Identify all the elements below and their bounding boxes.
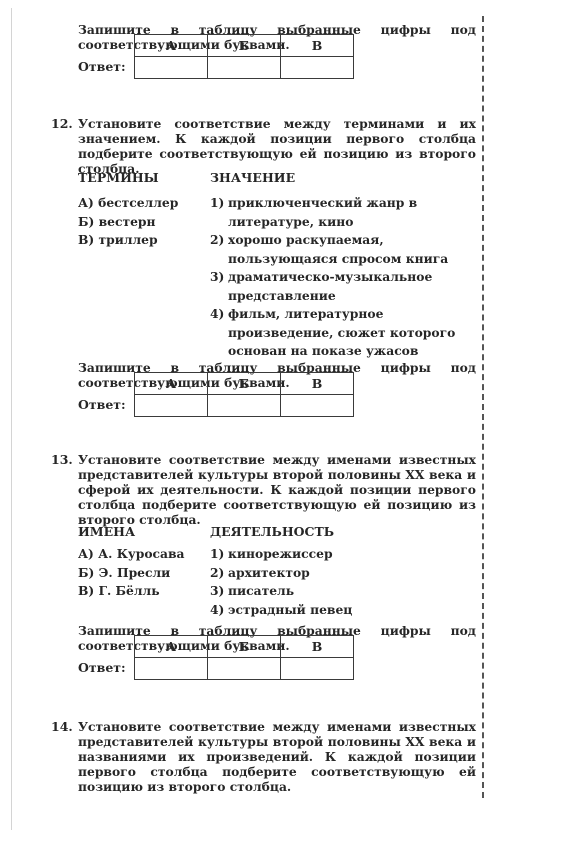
meaning-item: 2)хорошо раскупаемая, пользующаяся спрос…	[210, 231, 475, 268]
terms-list: А) бестселлер Б) вестерн В) триллер	[78, 194, 178, 250]
answer-cell-a[interactable]	[135, 658, 208, 680]
question-number: 13.	[51, 452, 73, 467]
meaning-item: 3)драматическо-музыкальное пред­ставлени…	[210, 268, 475, 305]
activity-item: 4)эстрадный певец	[210, 601, 475, 620]
answer-cell-v[interactable]	[281, 658, 354, 680]
question-13-answer-section: Запишите в таблицу выбранные цифры под с…	[78, 623, 476, 653]
names-list: А) А. Куросава Б) Э. Пресли В) Г. Бёлль	[78, 545, 185, 601]
answer-col-a: А	[135, 636, 208, 658]
answer-cell-b[interactable]	[208, 658, 281, 680]
answer-cell-v[interactable]	[281, 395, 354, 417]
name-item: В) Г. Бёлль	[78, 582, 185, 601]
left-column-header: ТЕРМИНЫ	[78, 170, 159, 185]
answer-col-v: В	[281, 636, 354, 658]
answer-row-13: Ответ: А Б В	[78, 635, 354, 680]
right-column-header: ДЕЯТЕЛЬНОСТЬ	[210, 524, 334, 539]
meaning-item: 1)приключенческий жанр в литерату­ре, ки…	[210, 194, 475, 231]
answer-cell-b[interactable]	[208, 57, 281, 79]
question-number: 14.	[51, 719, 73, 734]
activities-list: 1)кинорежиссер 2)архитектор 3)писатель 4…	[210, 545, 475, 619]
name-item: А) А. Куросава	[78, 545, 185, 564]
answer-col-b: Б	[208, 35, 281, 57]
meaning-item: 4)фильм, литературное произведение, сюже…	[210, 305, 475, 361]
answer-table-11: А Б В	[134, 34, 354, 79]
answer-row-11: Ответ: А Б В	[78, 34, 354, 79]
answer-label: Ответ:	[78, 377, 134, 412]
activity-item: 3)писатель	[210, 582, 475, 601]
term-item: Б) вестерн	[78, 213, 178, 232]
activity-item: 2)архитектор	[210, 564, 475, 583]
name-item: Б) Э. Пресли	[78, 564, 185, 583]
answer-cell-a[interactable]	[135, 57, 208, 79]
answer-table-13: А Б В	[134, 635, 354, 680]
answer-cell-v[interactable]	[281, 57, 354, 79]
question-number: 12.	[51, 116, 73, 131]
dashed-cut-line	[482, 16, 484, 798]
answer-cell-a[interactable]	[135, 395, 208, 417]
question-text: Установите соответствие между терминами …	[78, 116, 476, 176]
answer-label: Ответ:	[78, 39, 134, 74]
question-14: 14. Установите соответствие между именам…	[78, 719, 476, 794]
question-12-answer-section: Запишите в таблицу выбранные цифры под с…	[78, 360, 476, 390]
right-column-header: ЗНАЧЕНИЕ	[210, 170, 295, 185]
answer-table-12: А Б В	[134, 372, 354, 417]
answer-col-v: В	[281, 373, 354, 395]
meanings-list: 1)приключенческий жанр в литерату­ре, ки…	[210, 194, 475, 361]
answer-col-a: А	[135, 373, 208, 395]
question-text: Установите соответствие между именами из…	[78, 719, 476, 794]
question-text: Установите соответствие между именами из…	[78, 452, 476, 527]
activity-item: 1)кинорежиссер	[210, 545, 475, 564]
left-column-header: ИМЕНА	[78, 524, 135, 539]
answer-cell-b[interactable]	[208, 395, 281, 417]
answer-col-b: Б	[208, 636, 281, 658]
term-item: В) триллер	[78, 231, 178, 250]
answer-col-b: Б	[208, 373, 281, 395]
answer-row-12: Ответ: А Б В	[78, 372, 354, 417]
answer-col-a: А	[135, 35, 208, 57]
question-13: 13. Установите соответствие между именам…	[78, 452, 476, 527]
answer-label: Ответ:	[78, 640, 134, 675]
question-11-answer-section: Запишите в таблицу выбранные цифры под с…	[78, 22, 476, 52]
question-12: 12. Установите соответствие между термин…	[78, 116, 476, 176]
page-margin-line	[11, 8, 12, 830]
term-item: А) бестселлер	[78, 194, 178, 213]
answer-col-v: В	[281, 35, 354, 57]
